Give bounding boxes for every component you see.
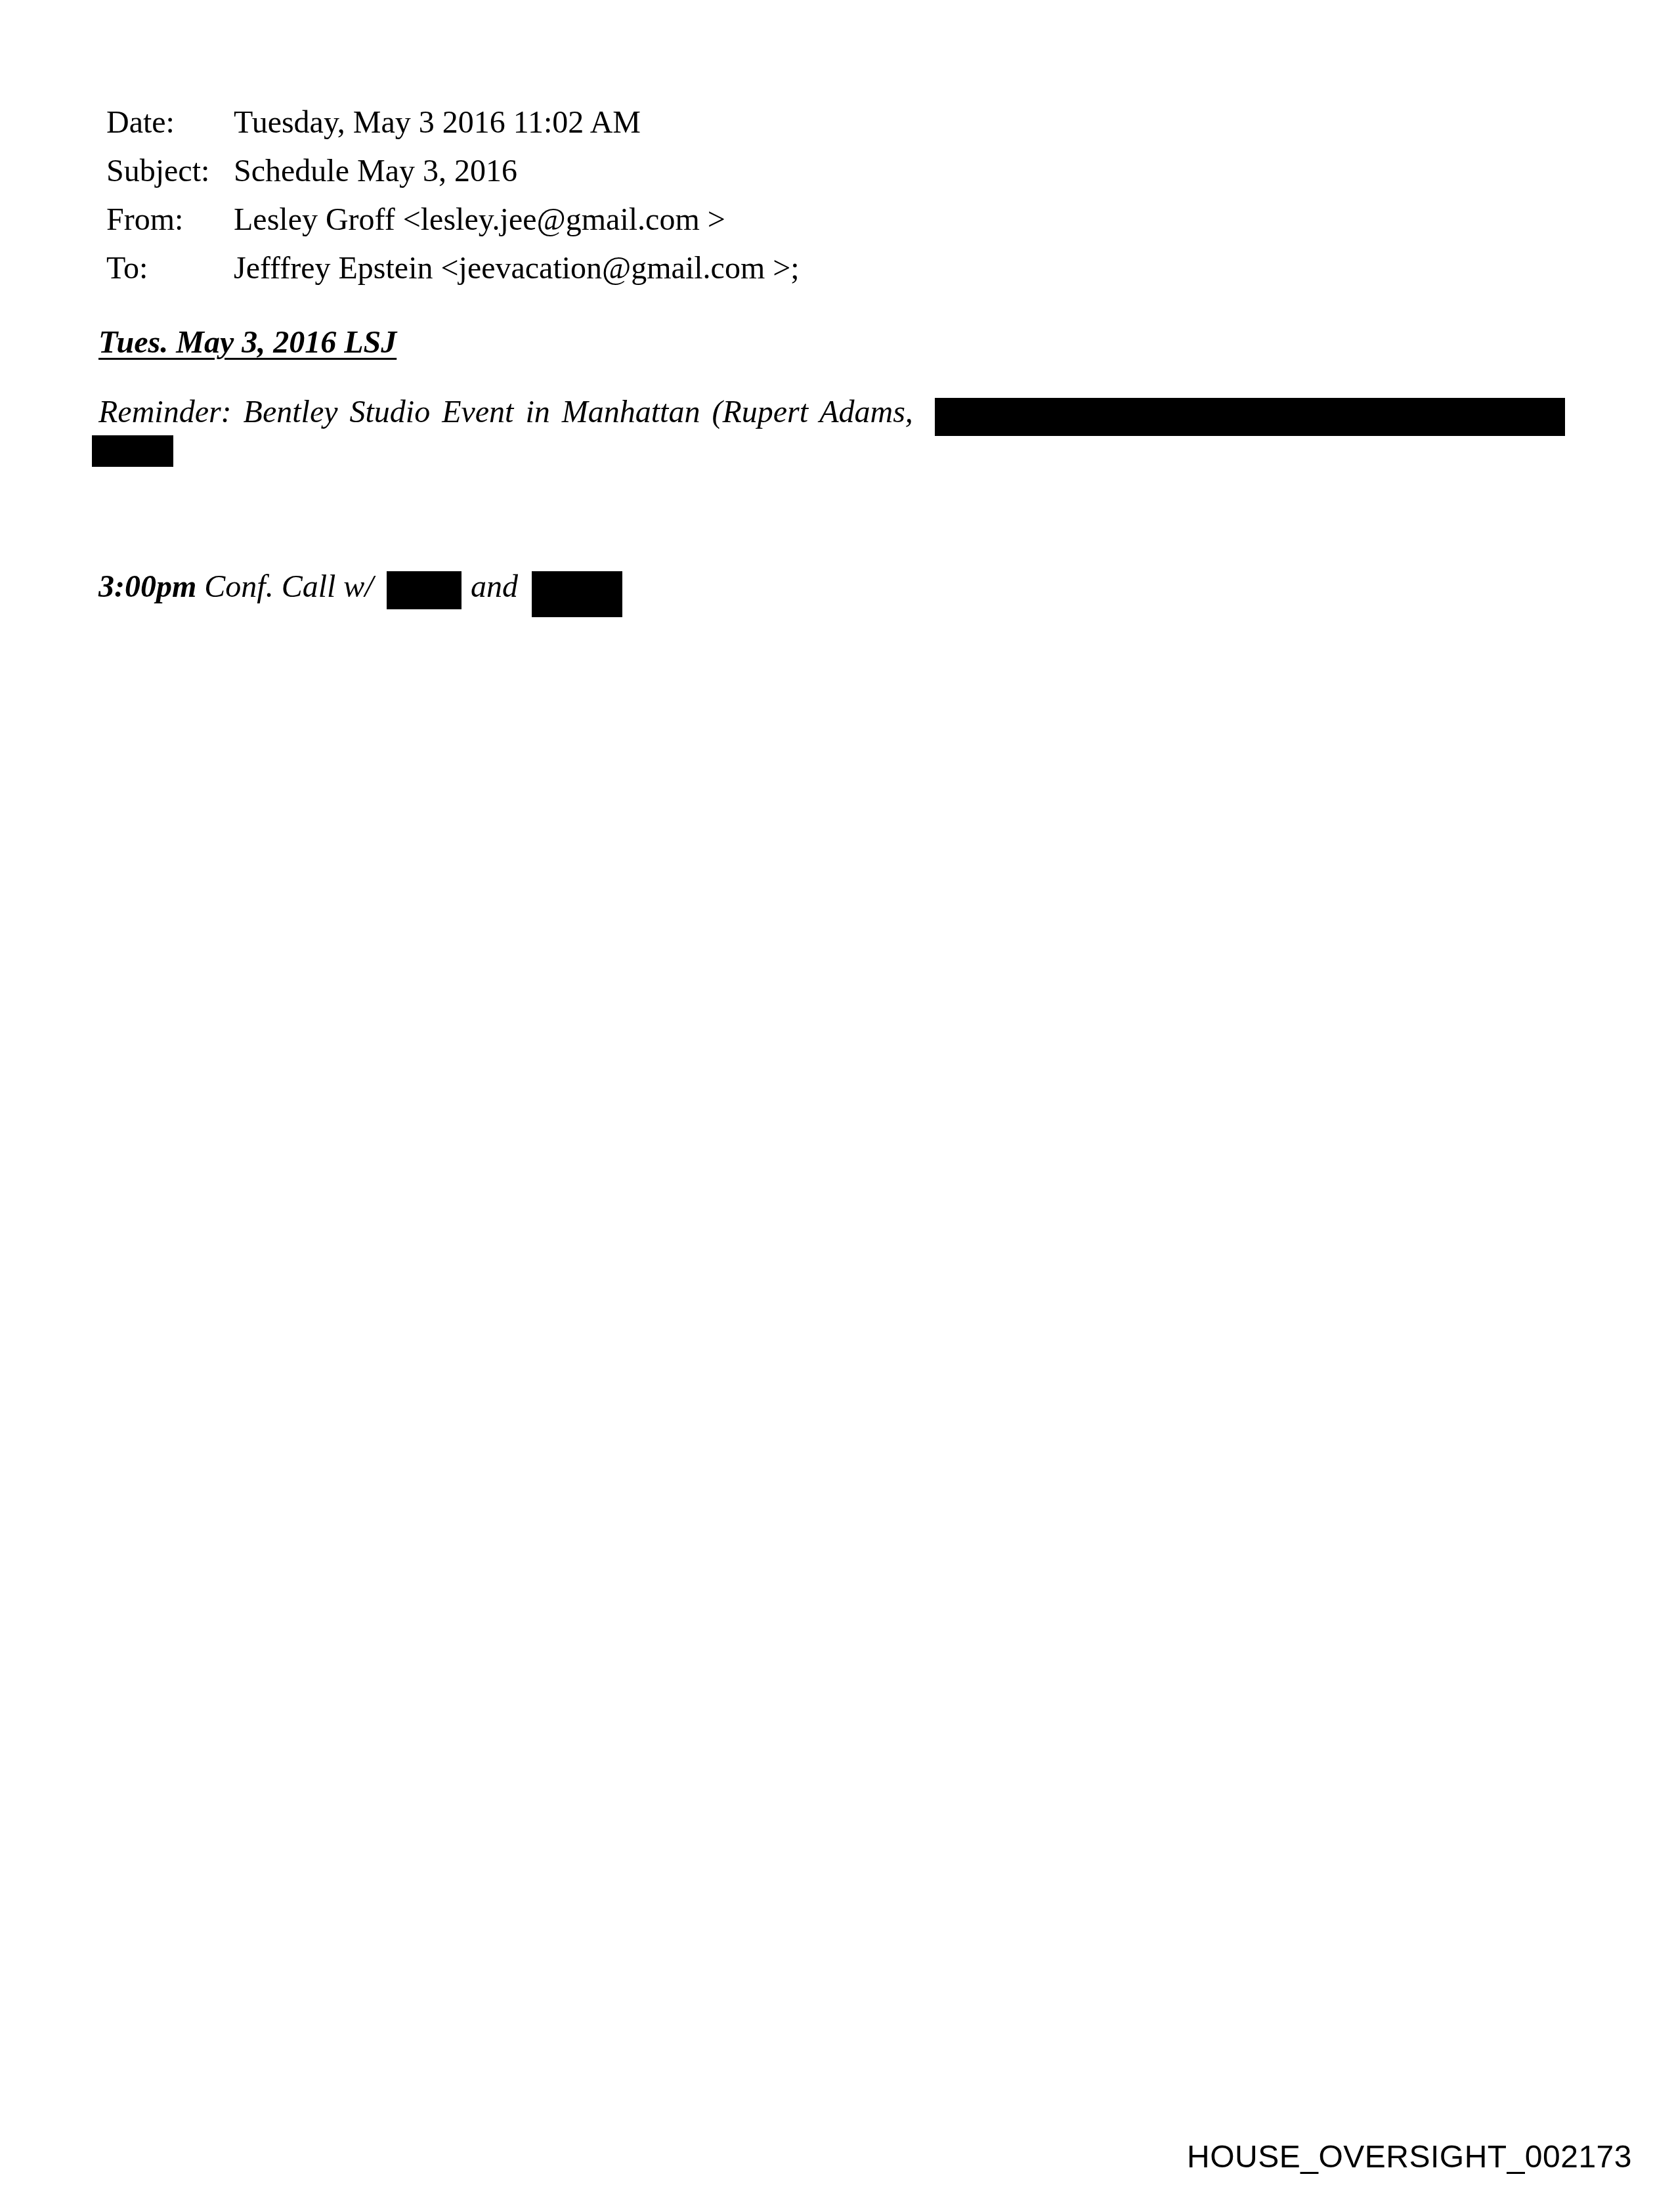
to-value: Jefffrey Epstein <jeevacation@gmail.com … [234, 244, 800, 293]
call-conjunction: and [471, 569, 518, 605]
schedule-heading: Tues. May 3, 2016 LSJ [98, 324, 397, 360]
header-row-from: From: Lesley Groff <lesley.jee@gmail.com… [106, 196, 800, 244]
reminder-text: Reminder: Bentley Studio Event in Manhat… [98, 394, 913, 430]
redaction-block [387, 571, 461, 609]
header-row-date: Date: Tuesday, May 3 2016 11:02 AM [106, 98, 800, 147]
from-value: Lesley Groff <lesley.jee@gmail.com > [234, 196, 725, 244]
header-row-subject: Subject: Schedule May 3, 2016 [106, 147, 800, 196]
call-prefix: 3:00pm Conf. Call w/ [98, 569, 374, 605]
from-label: From: [106, 196, 234, 244]
header-row-to: To: Jefffrey Epstein <jeevacation@gmail.… [106, 244, 800, 293]
subject-label: Subject: [106, 147, 234, 196]
call-text: Conf. Call w/ [204, 569, 373, 604]
call-time: 3:00pm [98, 569, 196, 604]
to-label: To: [106, 244, 234, 293]
bates-number: HOUSE_OVERSIGHT_002173 [1187, 2139, 1632, 2175]
subject-value: Schedule May 3, 2016 [234, 147, 517, 196]
redaction-block [935, 398, 1565, 436]
date-value: Tuesday, May 3 2016 11:02 AM [234, 98, 641, 147]
date-label: Date: [106, 98, 234, 147]
redaction-block [532, 571, 622, 617]
email-header: Date: Tuesday, May 3 2016 11:02 AM Subje… [106, 98, 800, 293]
redaction-block [92, 435, 173, 467]
